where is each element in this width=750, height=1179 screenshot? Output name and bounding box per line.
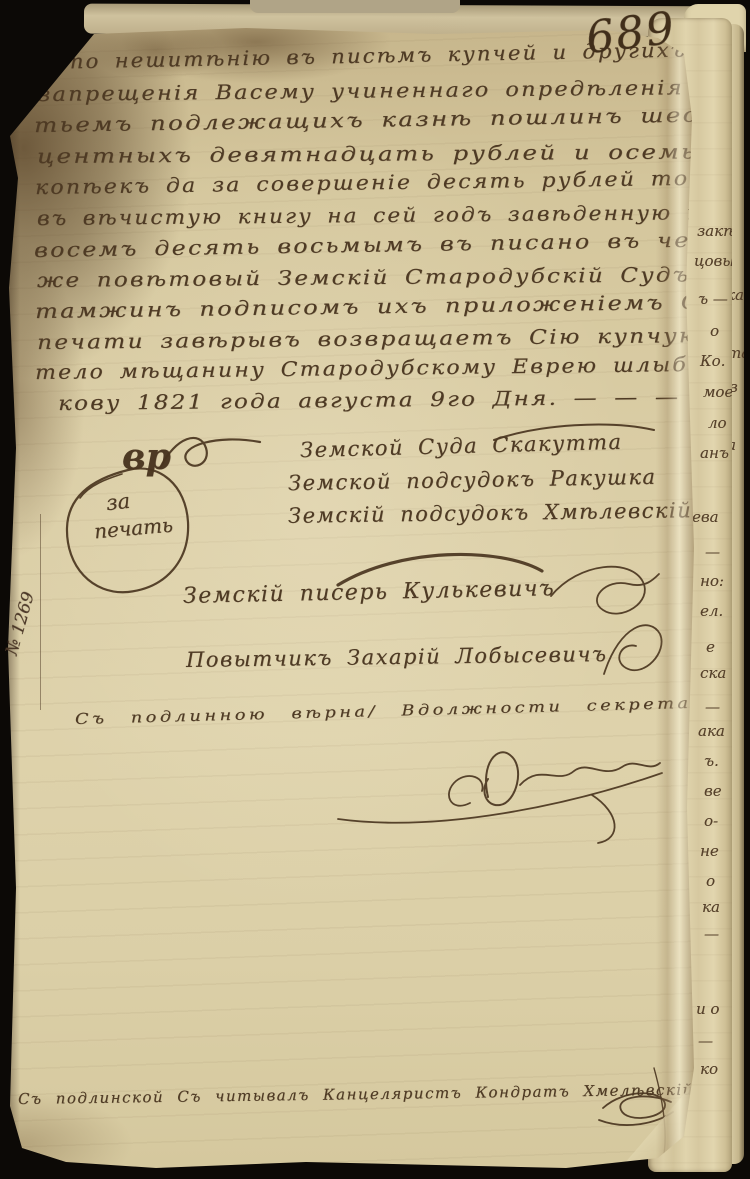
next-page-text-fragment: Ко.: [700, 352, 725, 370]
povytchik-end-flourish: [592, 612, 672, 684]
folio-number: 689: [583, 3, 679, 65]
manuscript-line: восемъ десять восьмымъ въ писано въ чемъ…: [34, 226, 750, 262]
next-page-text-fragment: ве: [704, 782, 722, 800]
certification-line: Съ подлинною вѣрна/ Вдолжности секретаря: [75, 693, 722, 728]
next-page-text-fragment: —: [705, 543, 720, 561]
next-page-text-fragment: ко: [700, 1060, 718, 1078]
signature-judge: Земской Суда Скакутта: [300, 430, 623, 462]
next-page-text-fragment: —: [698, 1032, 713, 1050]
next-page-text-fragment: е: [706, 638, 715, 656]
manuscript-line: тамжинъ подписомъ ихъ приложеніемъ Судов…: [35, 288, 750, 323]
next-page-text-fragment: не: [700, 842, 719, 860]
collation-line: Съ подлинской Съ читывалъ Канцеляристъ К…: [18, 1081, 694, 1108]
manuscript-line: въ вѣчистую книгу на сей годъ завѣденную…: [37, 199, 750, 230]
manuscript-line: кову 1821 года августа 9го Дня. — — —: [58, 384, 680, 415]
manuscript-line: печати завѣрывъ возвращаетъ Сію купчую п…: [37, 322, 750, 354]
next-page-text-fragment: ака: [698, 722, 725, 740]
next-page-text-fragment: ска: [700, 664, 726, 682]
next-page-text-fragment: но:: [700, 572, 724, 590]
manuscript-line: центныхъ девятнадцать рублей и осемьдеся…: [37, 139, 750, 168]
seal-text-line1: за: [105, 489, 131, 515]
next-page-text-fragment: анъ: [700, 444, 729, 462]
signature-povytchik: Повытчикъ Захарій Лобысевичъ: [186, 642, 608, 672]
manuscript-page: И по нешитѣнію въ писѣмъ купчей и других…: [6, 28, 694, 1168]
signature-podsudok-1: Земской подсудокъ Ракушка: [288, 465, 657, 495]
signature-podsudok-2: Земскій подсудокъ Хмѣлевскій: [288, 498, 692, 528]
manuscript-line: копѣекъ да за совершеніе десять рублей т…: [35, 164, 750, 199]
signature-scribe: Земскій писерь Кулькевичъ: [183, 576, 556, 609]
next-page-text-fragment: о-: [704, 812, 718, 830]
next-page-text-fragment: —: [704, 925, 719, 943]
secretary-signature-flourish: [330, 733, 670, 845]
next-page-text-fragment: о: [710, 322, 719, 340]
next-page-text-fragment: цовы,: [694, 252, 732, 270]
next-page-text-fragment: мое: [703, 383, 732, 401]
next-page-text-fragment: ка: [702, 898, 720, 916]
next-page-text-fragment: ъ —: [698, 290, 728, 308]
next-page-text-fragment: ел.: [700, 602, 723, 620]
next-page-text-fragment: —: [705, 698, 720, 716]
manuscript-line: тело мѣщанину Стародубскому Еврею шлыбій…: [35, 350, 750, 384]
manuscript-line: тьемъ подлежащихъ казнѣ пошлинъ шесто пр…: [34, 101, 750, 137]
margin-crease-line: [40, 514, 41, 710]
next-page-text-fragment: и о: [696, 1000, 719, 1018]
next-page-text-fragment: закѣ: [697, 222, 732, 240]
next-page-text-fragment: о: [706, 872, 715, 890]
next-page-text-fragment: ло: [708, 414, 727, 432]
manuscript-line: же повѣтовый Земскій Стародубскій Судъ п…: [37, 261, 750, 292]
next-page-text-fragment: ева: [692, 508, 719, 526]
next-page-text-fragment: ъ.: [704, 752, 719, 770]
top-paper-fragment: [250, 0, 460, 13]
manuscript-line: запрещенія Васему учиненнаго опредѣленія…: [38, 74, 750, 106]
